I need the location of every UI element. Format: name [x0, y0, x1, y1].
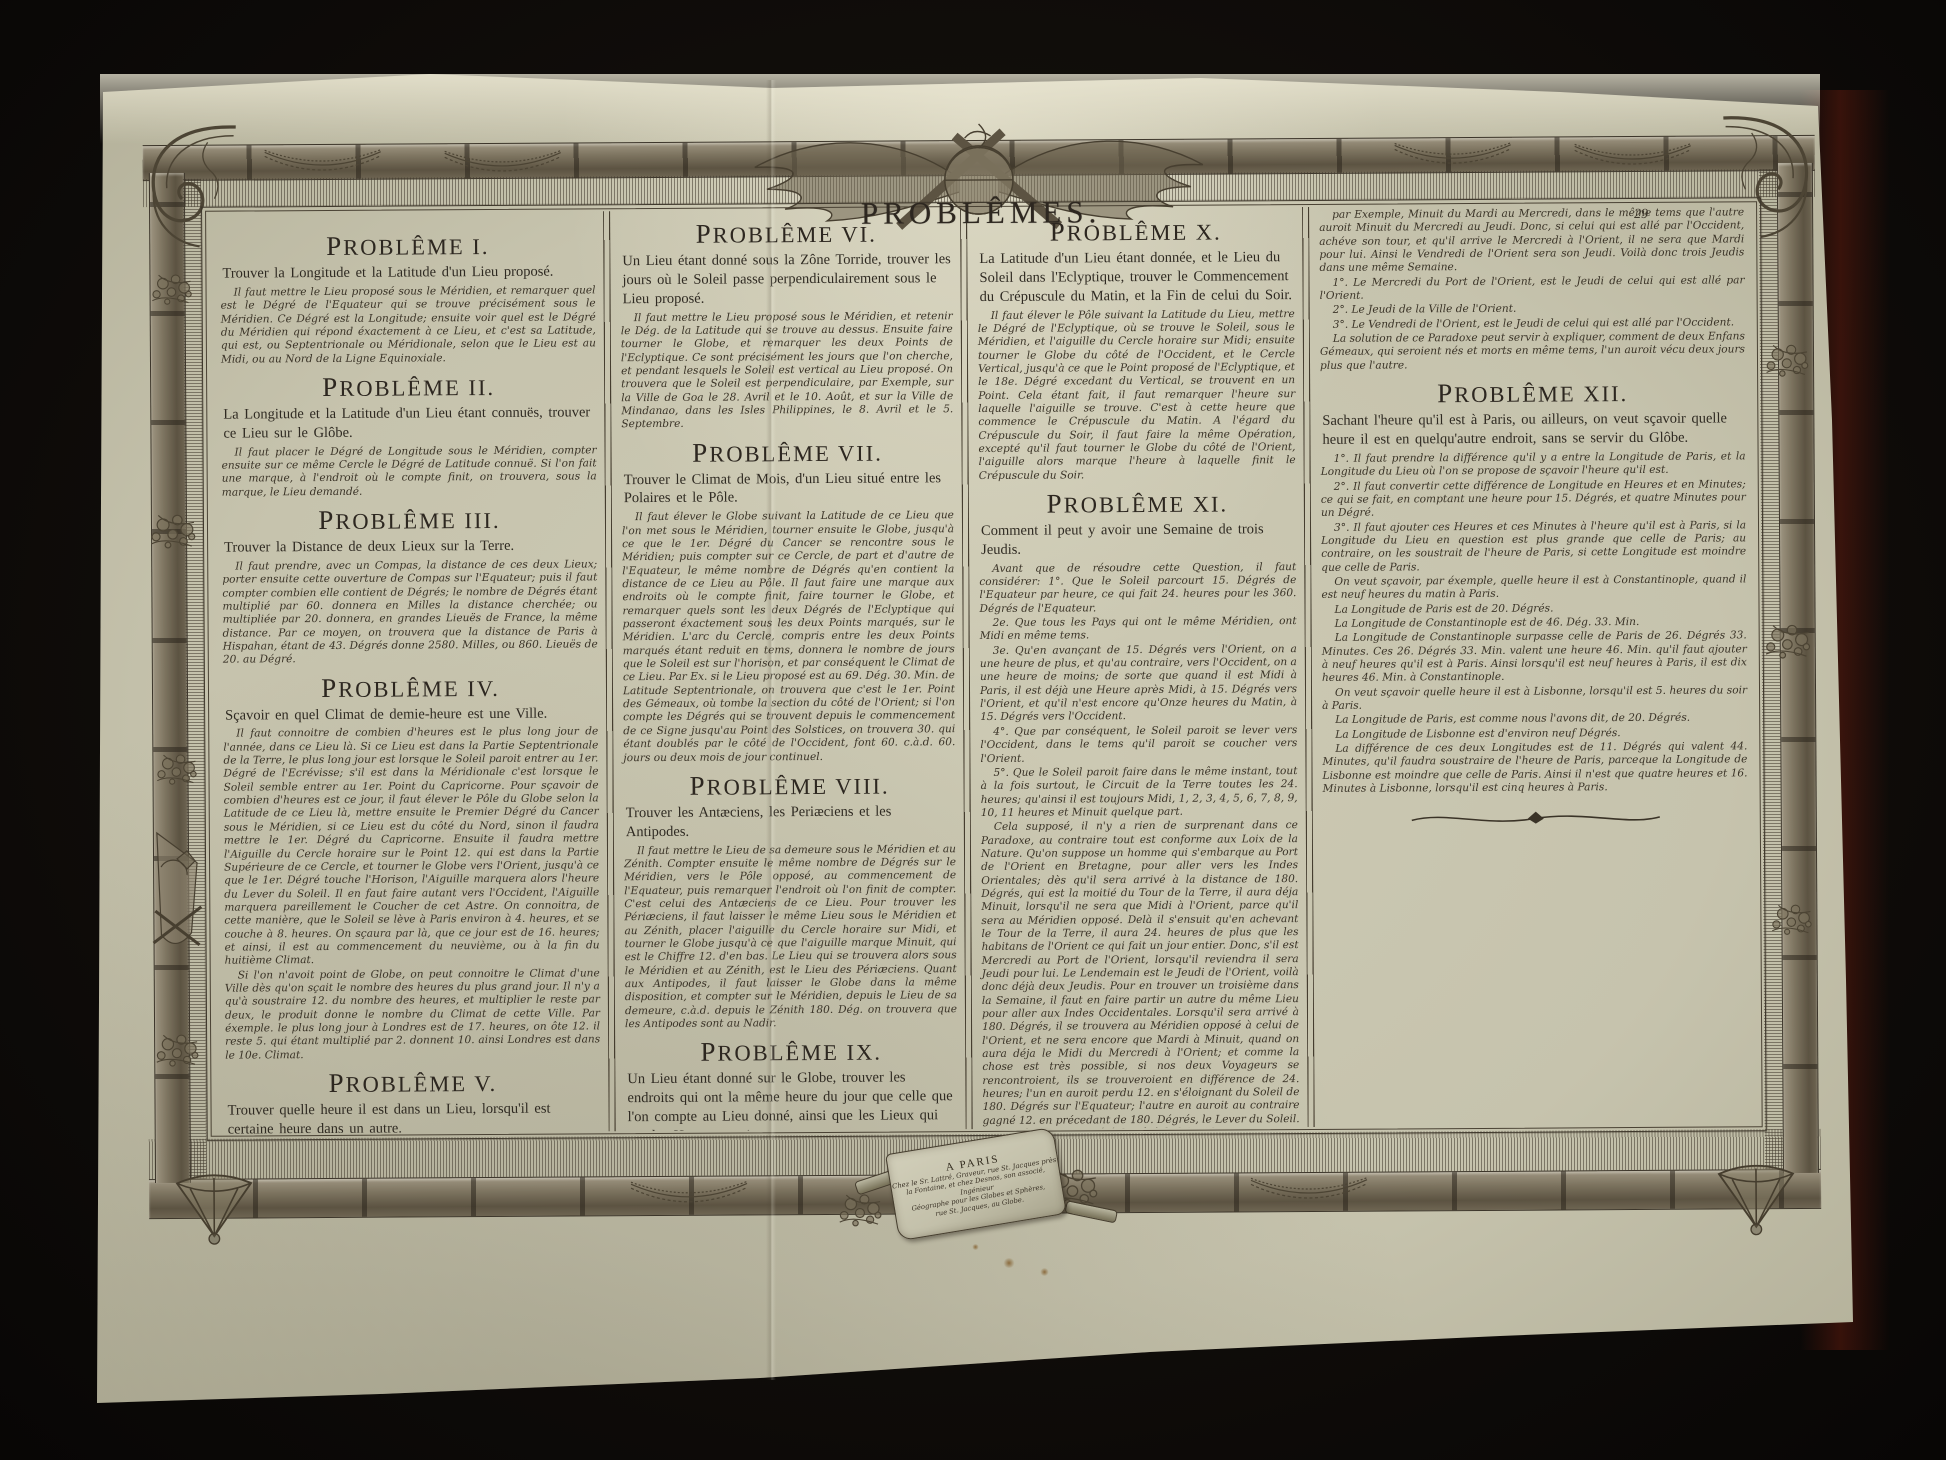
- problem-body: Il faut placer le Dégré de Longitude sou…: [222, 444, 597, 500]
- fold-crease: [766, 80, 776, 1380]
- problem-body: On veut sçavoir quelle heure il est à Li…: [1322, 684, 1747, 713]
- problem-body: Si l'on n'avoit point de Globe, on peut …: [225, 967, 601, 1063]
- problem-heading: PROBLÊME IX.: [625, 1036, 957, 1069]
- problem-heading: PROBLÊME IV.: [223, 671, 598, 704]
- problem-body: Avant que de résoudre cette Question, il…: [979, 561, 1296, 616]
- garland-swag: [443, 149, 563, 190]
- text-columns: PROBLÊME I.Trouver la Longitude et la La…: [210, 204, 1758, 1133]
- flower-cluster-icon: [839, 1193, 885, 1229]
- problem-body: Il faut élever le Globe suivant la Latit…: [622, 509, 956, 765]
- problem-body: par Exemple, Minuit du Mardi au Mercredi…: [1319, 206, 1744, 275]
- problem-heading: PROBLÊME XII.: [1320, 376, 1745, 410]
- problem-body: Il faut prendre, avec un Compas, la dist…: [222, 558, 598, 667]
- flower-cluster-icon: [156, 1033, 202, 1069]
- problem-heading: PROBLÊME XI.: [979, 487, 1296, 520]
- problem-body: 1°. Il faut prendre la différence qu'il …: [1321, 450, 1746, 479]
- problem-body: 2°. Le Jeudi de la Ville de l'Orient.: [1320, 302, 1745, 318]
- problem-body: Il faut mettre le Lieu de sa demeure sou…: [624, 843, 957, 1032]
- problem-statement: Trouver le Climat de Mois, d'un Lieu sit…: [624, 469, 954, 509]
- problem-statement: Trouver la Distance de deux Lieux sur la…: [224, 536, 597, 557]
- garland-swag: [629, 1179, 749, 1220]
- problem-body: La Longitude de Lisbonne est d'environ n…: [1322, 726, 1747, 742]
- column-1: PROBLÊME I.Trouver la Longitude et la La…: [210, 211, 609, 1133]
- text-panel: PROBLÊMES. 29 PROBLÊME I.Trouver la Long…: [201, 197, 1767, 1141]
- photograph-of-antique-print: PROBLÊMES. 29 PROBLÊME I.Trouver la Long…: [0, 0, 1946, 1460]
- flower-cluster-icon: [1766, 623, 1814, 661]
- problem-body: 3e. Qu'en avançant de 15. Dégrés vers l'…: [980, 643, 1297, 725]
- problem-body: La Longitude de Constantinople est de 46…: [1322, 615, 1747, 631]
- problem-heading: PROBLÊME III.: [222, 503, 597, 536]
- problem-body: La différence de ces deux Longitudes est…: [1322, 740, 1747, 796]
- problem-body: Il faut mettre le Lieu proposé sous le M…: [221, 284, 596, 366]
- problem-heading: PROBLÊME VII.: [621, 436, 953, 469]
- problem-statement: Comment il peut y avoir une Semaine de t…: [981, 520, 1296, 560]
- problem-statement: Trouver la Longitude et la Latitude d'un…: [222, 262, 595, 283]
- page-number: 29: [1634, 207, 1648, 223]
- foxing-spot: [1040, 1268, 1049, 1276]
- problem-statement: Sçavoir en quel Climat de demie-heure es…: [225, 704, 598, 725]
- problem-body: Il faut mettre le Lieu proposé sous le M…: [621, 310, 954, 432]
- problem-body: 3°. Le Vendredi de l'Orient, est le Jeud…: [1320, 316, 1745, 332]
- problem-heading: PROBLÊME V.: [225, 1066, 600, 1099]
- problem-body: On veut sçavoir, par éxemple, quelle heu…: [1321, 573, 1746, 602]
- problem-body: La Longitude de Paris, est comme nous l'…: [1322, 712, 1747, 728]
- column-4: par Exemple, Minuit du Mardi au Mercredi…: [1309, 204, 1758, 1127]
- page-title: PROBLÊMES.: [861, 194, 1102, 231]
- problem-heading: PROBLÊME I.: [220, 229, 595, 262]
- problem-body: La Longitude de Constantinople surpasse …: [1322, 630, 1747, 686]
- problem-heading: PROBLÊME VIII.: [623, 769, 955, 802]
- problem-heading: PROBLÊME II.: [221, 370, 596, 403]
- end-flourish: [1323, 808, 1748, 836]
- problem-body: 4°. Que par conséquent, le Soleil paroit…: [980, 724, 1297, 766]
- problem-statement: Sachant l'heure qu'il est à Paris, ou ai…: [1322, 409, 1745, 449]
- problem-statement: Trouver les Antæciens, les Periæciens et…: [626, 802, 956, 842]
- problem-body: La solution de ce Paradoxe peut servir à…: [1320, 330, 1745, 373]
- problem-body: 1°. Le Mercredi du Port de l'Orient, est…: [1319, 274, 1744, 303]
- garland-swag: [1249, 1176, 1369, 1217]
- problem-statement: Un Lieu étant donné sous la Zône Torride…: [622, 250, 952, 309]
- problem-body: 2e. Que tous les Pays qui ont le même Mé…: [980, 615, 1297, 644]
- foxing-spot: [1003, 1258, 1015, 1268]
- garland-swag: [263, 148, 383, 189]
- foxing-spot: [972, 1244, 979, 1250]
- problem-body: Il faut élever le Pôle suivant la Latitu…: [978, 308, 1296, 483]
- engraved-plate: PROBLÊMES. 29 PROBLÊME I.Trouver la Long…: [143, 123, 1822, 1255]
- problem-statement: La Latitude d'un Lieu étant donnée, et l…: [979, 248, 1294, 306]
- problem-body: Il faut connoitre de combien d'heures es…: [223, 726, 599, 968]
- flower-cluster-icon: [1771, 903, 1815, 937]
- corner-shell-icon: [159, 1164, 269, 1247]
- problem-statement: Trouver quelle heure il est dans un Lieu…: [228, 1099, 601, 1133]
- problem-body: Cela supposé, il n'y a rien de surprenan…: [981, 819, 1300, 1129]
- column-2: PROBLÊME VI.Un Lieu étant donné sous la …: [610, 209, 966, 1131]
- drapery-trophy-icon: [147, 823, 208, 983]
- problem-statement: Un Lieu étant donné sur le Globe, trouve…: [627, 1069, 957, 1132]
- problem-statement: La Longitude et la Latitude d'un Lieu ét…: [223, 403, 596, 443]
- flower-cluster-icon: [151, 273, 195, 307]
- problem-body: 5°. Que le Soleil paroit faire dans le m…: [980, 765, 1297, 820]
- flower-cluster-icon: [1766, 343, 1812, 379]
- column-3: PROBLÊME X.La Latitude d'un Lieu étant d…: [967, 207, 1308, 1129]
- problem-body: La Longitude de Paris est de 20. Dégrés.: [1321, 601, 1746, 617]
- garland-swag: [1393, 141, 1513, 182]
- problem-body: 3°. Il faut ajouter ces Heures et ces Mi…: [1321, 519, 1746, 575]
- frame-right-column: [1777, 163, 1819, 1173]
- problem-body: 2°. Il faut convertir cette différence d…: [1321, 478, 1746, 521]
- flower-cluster-icon: [151, 513, 199, 551]
- flower-cluster-icon: [156, 753, 200, 787]
- corner-shell-icon: [1701, 1155, 1811, 1238]
- garland-swag: [1573, 142, 1693, 183]
